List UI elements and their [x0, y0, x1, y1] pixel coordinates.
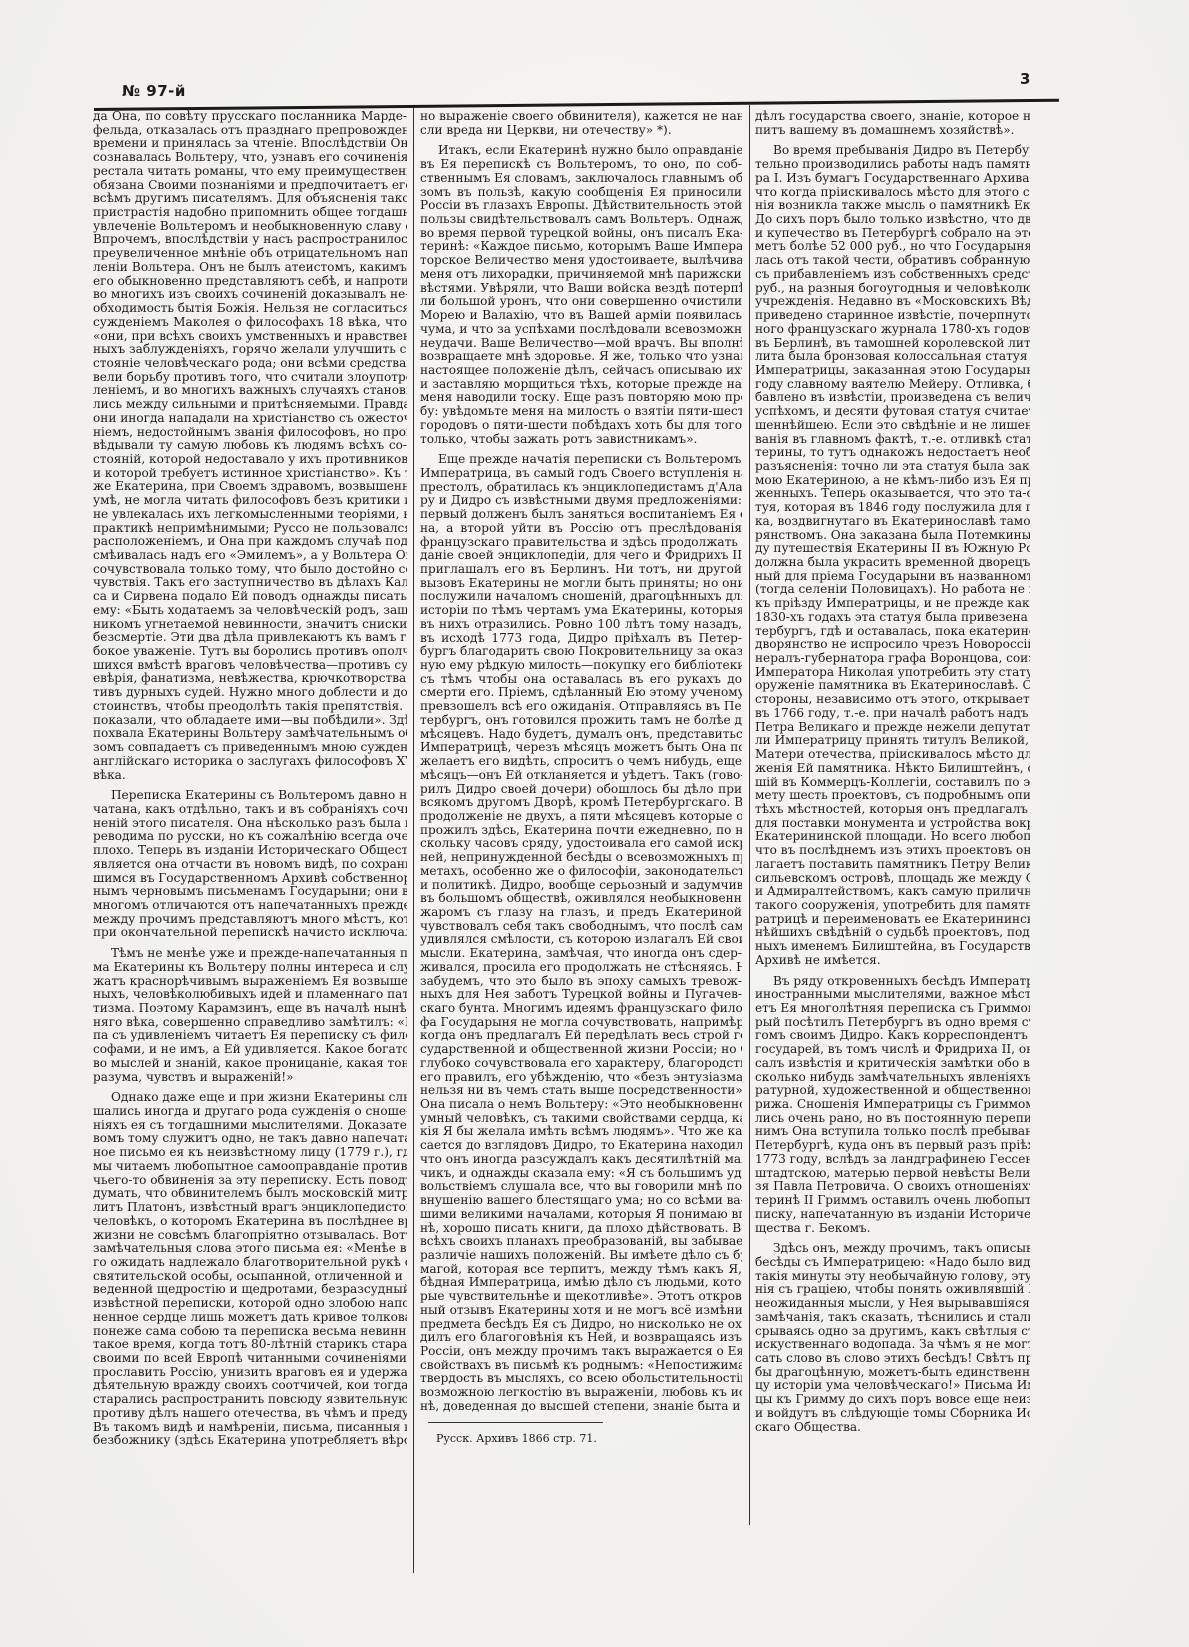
text-line: удивлялся смѣлости, съ которою излагалъ …	[420, 933, 742, 947]
text-line: своими по всей Европѣ читанными сочинені…	[93, 1352, 407, 1366]
text-line: зя Павла Петровича. О своихъ отношеніяхъ…	[755, 1180, 1030, 1194]
text-line: ное письмо ея къ неизвѣстному лицу (1779…	[93, 1146, 407, 1160]
text-line: Екатерининской площади. Но всего любопыт…	[755, 830, 1030, 844]
text-line: оруженіе памятника въ Екатеринославѣ. Съ…	[755, 679, 1030, 693]
text-line: бѣдная Императрица, имѣю дѣло съ людьми,…	[420, 1276, 742, 1290]
paragraph: Еще прежде начатія переписки съ Вольтеро…	[420, 453, 742, 1413]
article-column-1: да Она, по совѣту прусскаго посланника М…	[93, 110, 407, 1448]
paragraph-gap	[755, 1235, 1030, 1242]
text-line: ніяхъ ея съ тогдашними мыслителями. Дока…	[93, 1119, 407, 1133]
text-line: и Адмиралтействомъ, какъ самую приличную…	[755, 885, 1030, 899]
text-line: да Она, по совѣту прусскаго посланника М…	[93, 110, 407, 124]
text-line: разума, чувствъ и выраженій!»	[93, 1071, 407, 1085]
text-line: въ исходѣ 1773 года, Дидро пріѣхалъ въ П…	[420, 632, 742, 646]
text-line: бавлено въ извѣстіи, произведена съ вели…	[755, 391, 1030, 405]
text-line: чувствія. Такъ его заступничество въ дѣл…	[93, 576, 407, 590]
text-line: плохо. Теперь въ изданіи Историческаго О…	[93, 844, 407, 858]
text-line: ныхъ заблужденіяхъ, горячо желали улучши…	[93, 343, 407, 357]
text-line: расположеніемъ, и Она при каждомъ случаѣ…	[93, 535, 407, 549]
text-line: дворянство не испросило чрезъ Новороссій…	[755, 638, 1030, 652]
text-line: софами, и не имъ, а Ей удивляется. Какое…	[93, 1043, 407, 1057]
text-line: салъ извѣстія и критическія замѣтки обо …	[755, 1057, 1030, 1071]
text-line: вольствіемъ слушала все, что вы говорили…	[420, 1180, 742, 1194]
text-line: ный для пріема Государыни въ названномъ …	[755, 570, 1030, 584]
text-line: государей, въ томъ числѣ и Фридриха II, …	[755, 1043, 1030, 1057]
text-line: замѣчательныя слова этого письма ея: «Ме…	[93, 1242, 407, 1256]
text-line: вели борьбу противъ того, что считали зл…	[93, 371, 407, 385]
text-line: скаго Общества.	[755, 1421, 1030, 1435]
text-line: похвала Екатерины Вольтеру замѣчательным…	[93, 727, 407, 741]
text-line: смѣивалась надъ его «Эмилемъ», а у Вольт…	[93, 549, 407, 563]
text-line: шимся въ Государственномъ Архивѣ собстве…	[93, 872, 407, 886]
paragraph-gap	[420, 446, 742, 453]
text-line: веденной щедростію и щедротами, безразсу…	[93, 1283, 407, 1297]
text-line: умѣ, не могла читать философовъ безъ кри…	[93, 494, 407, 508]
text-line: во многихъ изъ своихъ сочиненій доказыва…	[93, 288, 407, 302]
text-line: всѣмъ другимъ писателямъ. Для объясненія…	[93, 192, 407, 206]
text-line: терины, то тутъ однакожъ недостаетъ необ…	[755, 446, 1030, 460]
article-column-3: дѣлъ государства своего, знаніе, которое…	[755, 110, 1030, 1434]
text-line: возвращаете мнѣ здоровье. Я же, только ч…	[420, 350, 742, 364]
text-line: «они, при всѣхъ своихъ умственныхъ и нра…	[93, 330, 407, 344]
text-line: Однако даже еще и при жизни Екатерины сл…	[93, 1091, 407, 1105]
text-line: что когда пріискивалось мѣсто для этого …	[755, 186, 1030, 200]
text-line: послужили началомъ сношеній, драгоцѣнных…	[420, 590, 742, 604]
paragraph-gap	[755, 137, 1030, 144]
text-line: мѣсяцевъ. Надо будетъ, думалъ онъ, предс…	[420, 728, 742, 742]
column-divider	[413, 108, 414, 1573]
text-line: сочувствовала только тому, что было дост…	[93, 563, 407, 577]
text-line: даніе своей энциклопедіи, для чего и Фри…	[420, 549, 742, 563]
text-line: пользы свидѣтельствовалъ самъ Вольтеръ. …	[420, 213, 742, 227]
text-line: чума, и что за успѣхами послѣдовали всев…	[420, 323, 742, 337]
text-line: различіе нашихъ положеній. Вы имѣете дѣл…	[420, 1249, 742, 1263]
text-line: Россіи въ глазахъ Европы. Дѣйствительнос…	[420, 199, 742, 213]
text-line: рестала читать романы, что ему преимущес…	[93, 165, 407, 179]
text-line: показали, что обладаете ими—вы побѣдили»…	[93, 714, 407, 728]
text-line: цы къ Гримму до сихъ поръ вовсе еще неиз…	[755, 1393, 1030, 1407]
text-line: срываясь одно за другимъ, какъ свѣтлыя с…	[755, 1325, 1030, 1339]
text-line: сознавалась Вольтеру, что, узнавъ его со…	[93, 151, 407, 165]
text-line: ма Екатерины къ Вольтеру полны интереса …	[93, 961, 407, 975]
text-line: но выраженіе своего обвинителя), кажется…	[420, 110, 742, 124]
text-line: леніемъ, и во многихъ важныхъ случаяхъ с…	[93, 384, 407, 398]
text-line: тѣхъ мѣстностей, которыя онъ предлагалъ …	[755, 803, 1030, 817]
text-line: теринѣ II Гриммъ оставилъ очень любопытн…	[755, 1194, 1030, 1208]
text-line: лагаетъ поставить памятникъ Петру Велико…	[755, 858, 1030, 872]
text-line: такія минуты эту необычайную голову, эту…	[755, 1270, 1030, 1284]
text-line: Въ такомъ видѣ и намѣреніи, письма, писа…	[93, 1421, 407, 1435]
text-line: нія съ граціею, чтобы понять оживлявшій …	[755, 1283, 1030, 1297]
text-line: леніи Вольтера. Онъ не былъ атеистомъ, к…	[93, 261, 407, 275]
text-line: Тѣмъ не менѣе уже и прежде-напечатанныя …	[93, 947, 407, 961]
text-line: меня наводили тоску. Еще разъ повторяю м…	[420, 391, 742, 405]
text-line: превзошелъ всѣ его ожиданія. Отправляясь…	[420, 700, 742, 714]
text-line: ный отзывъ Екатерины хотя и не могъ всё …	[420, 1304, 742, 1318]
text-line: ка, воздвигнутаго въ Екатеринославѣ тамо…	[755, 515, 1030, 529]
paragraph-gap	[420, 137, 742, 144]
paragraph: Тѣмъ не менѣе уже и прежде-напечатанныя …	[93, 947, 407, 1084]
text-line: нѣ, доведенная до высшей степени, знаніе…	[420, 1400, 742, 1414]
text-line: шались иногда и другаго рода сужденія о …	[93, 1105, 407, 1119]
text-line: понеже сама собою та переписка весьма не…	[93, 1325, 407, 1339]
text-line: святительской особы, осыпанной, отличенн…	[93, 1270, 407, 1284]
text-line: ного французскаго журнала 1780-хъ годовъ…	[755, 323, 1030, 337]
text-line: кія Я бы желала имѣть всѣмъ людямъ». Что…	[420, 1125, 742, 1139]
paragraph: Здѣсь онъ, между прочимъ, такъ описывает…	[755, 1242, 1030, 1434]
text-line: дѣятельную вражду своихъ соотчичей, кои …	[93, 1379, 407, 1393]
text-line: безбожнику (здѣсь Екатерина употребляетъ…	[93, 1434, 407, 1448]
text-line: и политикѣ. Дидро, вообще серьозный и за…	[420, 879, 742, 893]
text-line: думать, что обвинителемъ былъ московскій…	[93, 1187, 407, 1201]
text-line: ра I. Изъ бумагъ Государственнаго Архива…	[755, 172, 1030, 186]
text-line: Петра Великаго и прежде нежели депутаты …	[755, 721, 1030, 735]
text-line: между прочимъ представляютъ много мѣстъ,…	[93, 913, 407, 927]
text-line: приглашалъ его въ Берлинъ. Ни тотъ, ни д…	[420, 563, 742, 577]
text-line: руб., на разныя богоугодныя и человѣколю…	[755, 282, 1030, 296]
text-line: они иногда нападали на христіанство съ о…	[93, 412, 407, 426]
text-line: учрежденія. Недавно въ «Московскихъ Вѣдо…	[755, 295, 1030, 309]
text-line: мѣсяцъ—онъ Ей откланяется и уѣдетъ. Такъ…	[420, 769, 742, 783]
paragraph: Во время пребыванія Дидро въ Петербургѣ …	[755, 144, 1030, 967]
text-line: гомъ своимъ Дидро. Какъ корреспондентъ м…	[755, 1029, 1030, 1043]
text-line: Во время пребыванія Дидро въ Петербургѣ …	[755, 144, 1030, 158]
text-line: метахъ, особенно же о философіи, законод…	[420, 865, 742, 879]
text-line: Итакъ, если Екатеринѣ нужно было оправда…	[420, 144, 742, 158]
text-line: магой, которая все терпитъ, между тѣмъ к…	[420, 1263, 742, 1277]
text-line: шій въ Коммерцъ-Коллегіи, составилъ по э…	[755, 776, 1030, 790]
text-line: сударственной и общественной жизни Россі…	[420, 1043, 742, 1057]
text-line: къ пріѣзду Императрицы, и не прежде какъ…	[755, 597, 1030, 611]
text-line: нѣ, хорошо писать книги, да плохо дѣйств…	[420, 1222, 742, 1236]
text-line: зомъ совпадаетъ съ приведеннымъ мною суж…	[93, 741, 407, 755]
text-line: Императрицы, заказанная этою Государынею…	[755, 364, 1030, 378]
text-line: году славному ваятелю Мейеру. Отливка, б…	[755, 378, 1030, 392]
text-line: дѣлъ государства своего, знаніе, которое…	[755, 110, 1030, 124]
text-line: въ нихъ отразились. Ровно 100 лѣтъ тому …	[420, 618, 742, 632]
text-line: должна была украсить временной дворецъ, …	[755, 556, 1030, 570]
text-line: обязана Своими познаніями и предпочитает…	[93, 179, 407, 193]
text-line: ныхъ именемъ Билиштейна, въ Государствен…	[755, 940, 1030, 954]
text-line: чувствовалъ себя такъ свободнымъ, что по…	[420, 920, 742, 934]
page-number: 3	[1020, 70, 1030, 88]
text-line: писку, напечатанную въ изданіи Историчес…	[755, 1208, 1030, 1222]
text-line: первый долженъ былъ заняться воспитаніем…	[420, 508, 742, 522]
text-line: ніемъ, недостойнымъ званія философовъ, н…	[93, 426, 407, 440]
text-line: глубоко сочувствовала его характеру, бла…	[420, 1057, 742, 1071]
text-line: его правилъ, его убѣжденію, что «безъ эн…	[420, 1071, 742, 1085]
text-line: англійскаго историка о заслугахъ философ…	[93, 755, 407, 769]
text-line: успѣхомъ, и десяти футовая статуя считае…	[755, 405, 1030, 419]
text-line: преувеличенное мнѣніе объ отрицательномъ…	[93, 247, 407, 261]
text-line: Морею и Валахію, что въ Вашей арміи появ…	[420, 309, 742, 323]
text-line: приведено старинное извѣстіе, почерпнуто…	[755, 309, 1030, 323]
text-line: и купечество въ Петербургѣ собрало на эт…	[755, 227, 1030, 241]
footnote: Русск. Архивъ 1866 стр. 71.	[420, 1432, 742, 1446]
text-line: рянствомъ. Она заказана была Потемкинымъ…	[755, 529, 1030, 543]
text-line: бургъ благодарить свою Покровительницу з…	[420, 645, 742, 659]
text-line: же Екатерина, при Своемъ здравомъ, возвы…	[93, 480, 407, 494]
text-line: сильевскомъ островѣ, площадь же между Се…	[755, 872, 1030, 886]
text-line: и войдутъ въ слѣдующіе томы Сборника Ист…	[755, 1407, 1030, 1421]
paragraph-gap	[93, 1084, 407, 1091]
text-line: мысли. Екатерина, замѣчая, что иногда он…	[420, 947, 742, 961]
text-line: лита была бронзовая колоссальная статуя …	[755, 350, 1030, 364]
text-line: рилъ Дидро своей дочери) обошлось бы дѣл…	[420, 783, 742, 797]
text-line: безсмертіе. Эти два дѣла привлекаютъ къ …	[93, 631, 407, 645]
text-line: настоящее положеніе дѣлъ, сейчасъ описыв…	[420, 364, 742, 378]
text-line: ванія въ главномъ фактѣ, т.-е. отливкѣ с…	[755, 433, 1030, 447]
text-line: шихся вмѣстѣ враговъ человѣчества—против…	[93, 659, 407, 673]
text-line: штадтскою, матерью первой невѣсты Велика…	[755, 1167, 1030, 1181]
text-line: противу дѣлъ нашего отечества, въ чѣмъ и…	[93, 1407, 407, 1421]
text-line: увлеченіе Вольтеромъ и необыкновенную сл…	[93, 220, 407, 234]
text-line: сколько нибудь замѣчательныхъ явленіяхъ …	[755, 1071, 1030, 1085]
paragraph-gap	[93, 940, 407, 947]
text-line: бесѣды съ Императрицею: «Надо было видѣт…	[755, 1256, 1030, 1270]
text-line: мету шесть проектовъ, съ подробнымъ опис…	[755, 789, 1030, 803]
text-line: жаромъ съ глазу на глазъ, и предъ Екатер…	[420, 906, 742, 920]
text-line: стороны, независимо отъ этого, открывает…	[755, 693, 1030, 707]
text-line: во мыслей и знаній, какое проницаніе, ка…	[93, 1057, 407, 1071]
text-line: шими великими началами, которыя Я понима…	[420, 1208, 742, 1222]
text-line: не увлекалась ихъ легкомысленными теорія…	[93, 508, 407, 522]
text-line: Она писала о немъ Вольтеру: «Это необыкн…	[420, 1098, 742, 1112]
text-line: Императрицѣ, черезъ мѣсяцъ можетъ быть О…	[420, 741, 742, 755]
text-line: неній этого писателя. Она нѣсколько разъ…	[93, 817, 407, 831]
text-line: нералъ-губернатора графа Воронцова, соиз…	[755, 652, 1030, 666]
text-line: прожилъ здѣсь, Екатерина почти ежедневно…	[420, 824, 742, 838]
text-line: торское Величество меня удостоиваете, вы…	[420, 254, 742, 268]
text-line: въ 1766 году, т.-е. при началѣ работъ на…	[755, 707, 1030, 721]
text-line: Россіи, онъ между прочимъ такъ выражаетс…	[420, 1345, 742, 1359]
text-line: никомъ угнетаемой невинности, значитъ сн…	[93, 618, 407, 632]
text-line: твердость въ мысляхъ, со всею обольстите…	[420, 1372, 742, 1386]
text-line: тербургъ, онъ готовился прожить тамъ не …	[420, 714, 742, 728]
text-line: лись очень рано, но въ постоянную перепи…	[755, 1112, 1030, 1126]
text-line: что онъ иногда разсуждалъ какъ десятилѣт…	[420, 1153, 742, 1167]
text-line: скаго бунта. Многимъ идеямъ французскаго…	[420, 1002, 742, 1016]
text-line: вомъ тому служитъ одно, не такъ давно на…	[93, 1132, 407, 1146]
text-line: всякомъ другомъ Дворѣ, кромѣ Петербургск…	[420, 796, 742, 810]
text-line: всѣхъ своихъ планахъ преобразованій, вы …	[420, 1235, 742, 1249]
text-line: фельда, отказалась отъ празднаго препров…	[93, 124, 407, 138]
text-line: жатъ краснорѣчивымъ выраженіемъ Ея возвы…	[93, 975, 407, 989]
text-line: фа Государыня не могла сочувствовать, на…	[420, 1016, 742, 1030]
text-line: го ожидать надлежало благотворительной р…	[93, 1256, 407, 1270]
text-line: съ прибавленіемъ изъ собственныхъ средст…	[755, 268, 1030, 282]
text-line: живался, просила его продолжать не стѣсн…	[420, 961, 742, 975]
text-line: возможною легкостію въ выраженіи, любовь…	[420, 1386, 742, 1400]
text-line: евѣрія, фанатизма, невѣжества, крючкотво…	[93, 672, 407, 686]
text-line: етъ Ея многолѣтняя переписка съ Гриммомъ…	[755, 1002, 1030, 1016]
paragraph: дѣлъ государства своего, знаніе, которое…	[755, 110, 1030, 137]
text-line: вызовъ Екатерины не могли быть приняты; …	[420, 577, 742, 591]
text-line: бу: увѣдомьте меня на милость о взятіи п…	[420, 405, 742, 419]
issue-number: № 97-й	[122, 82, 186, 100]
text-line: стоинствъ, чтобы преодолѣть такія препят…	[93, 700, 407, 714]
paragraph-gap	[755, 968, 1030, 975]
paragraph: Въ ряду откровенныхъ бесѣдъ Императрицы …	[755, 975, 1030, 1236]
text-line: такое время, когда тотъ 80-лѣтній старик…	[93, 1338, 407, 1352]
text-line: питъ вашему въ домашнемъ хозяйствѣ».	[755, 124, 1030, 138]
text-line: что въ послѣднемъ изъ этихъ проектовъ он…	[755, 844, 1030, 858]
text-line: бокое уваженіе. Тутъ вы боролись противъ…	[93, 645, 407, 659]
text-line: чьего-то обвиненія за эту переписку. Ест…	[93, 1174, 407, 1188]
text-line: предмета бесѣдъ Ея съ Дидро, но нискольк…	[420, 1318, 742, 1332]
text-line: метъ болѣе 52 000 руб., но что Государын…	[755, 240, 1030, 254]
article-column-2: но выраженіе своего обвинителя), кажется…	[420, 110, 742, 1445]
text-line: сли вреда ни Церкви, ни отечеству» *).	[420, 124, 742, 138]
text-line: дилъ его благоговѣнія къ Ней, и возвраща…	[420, 1331, 742, 1345]
text-line: разъясненія: точно ли эта статуя была за…	[755, 460, 1030, 474]
text-line: извѣстной переписки, которой одно злобою…	[93, 1297, 407, 1311]
text-line: ныхъ, человѣколюбивыхъ идей и пламеннаго…	[93, 988, 407, 1002]
text-line: вѣдывали ту самую любовь къ людямъ всѣхъ…	[93, 439, 407, 453]
text-line: забудемъ, что это было въ эпоху самыхъ т…	[420, 975, 742, 989]
text-line: скольку часовъ сряду, удостоивала его са…	[420, 837, 742, 851]
text-line: нымъ черновымъ письменамъ Государыни; он…	[93, 885, 407, 899]
text-line: меня отъ лихорадки, причиняемой мнѣ пари…	[420, 268, 742, 282]
text-line: и заставляю морщиться тѣхъ, которые преж…	[420, 378, 742, 392]
text-line: ней, непринужденной бесѣды о всевозможны…	[420, 851, 742, 865]
text-line: и которой требуетъ истинное христіанство…	[93, 467, 407, 481]
text-line: ли Императрицу принять титулъ Великой, М…	[755, 734, 1030, 748]
text-line: вѣстями. Увѣряли, что Ваши войска вездѣ …	[420, 282, 742, 296]
paragraph: Переписка Екатерины съ Вольтеромъ давно …	[93, 789, 407, 940]
text-line: ственнымъ Ея словамъ, заключалось главны…	[420, 172, 742, 186]
text-line: цу исторіи ума человѣческаго!» Письма Им…	[755, 1379, 1030, 1393]
text-line: когда онъ предлагалъ Ей передѣлать весь …	[420, 1029, 742, 1043]
text-line: свойствахъ въ письмѣ къ роднымъ: «Непост…	[420, 1359, 742, 1373]
text-line: искуственнаго водопада. За чѣмъ я не мог…	[755, 1338, 1030, 1352]
text-line: До сихъ поръ было только извѣстно, что д…	[755, 213, 1030, 227]
text-line: па съ удивленіемъ читаетъ Ея переписку с…	[93, 1029, 407, 1043]
text-line: мою Екатериною, а не кѣмъ-либо изъ Ея пр…	[755, 474, 1030, 488]
text-line: ратрицѣ и переименовать ее Екатерининско…	[755, 913, 1030, 927]
paragraph: Однако даже еще и при жизни Екатерины сл…	[93, 1091, 407, 1448]
text-line: лась отъ такой чести, обративъ собранную…	[755, 254, 1030, 268]
text-line: бы драгоцѣнную, можетъ-быть единственную…	[755, 1366, 1030, 1380]
text-line: литъ Платонъ, извѣстный врагъ энциклопед…	[93, 1201, 407, 1215]
text-line: ему: «Быть ходатаемъ за человѣческій род…	[93, 604, 407, 618]
text-line: человѣкъ, о которомъ Екатерина въ послѣд…	[93, 1215, 407, 1229]
text-line: Архивѣ не имѣется.	[755, 954, 1030, 968]
text-line: ли большой уронъ, что они совершенно очи…	[420, 295, 742, 309]
text-line: Здѣсь онъ, между прочимъ, такъ описывает…	[755, 1242, 1030, 1256]
text-line: нельзя ни въ чемъ стать выше посредствен…	[420, 1084, 742, 1098]
text-line: для поставки монумента и устройства вокр…	[755, 817, 1030, 831]
text-line: рый посѣтилъ Петербургъ въ одно время съ…	[755, 1016, 1030, 1030]
text-line: стояній, которой недоставало у ихъ проти…	[93, 453, 407, 467]
text-line: нія возникла также мысль о памятникѣ Ека…	[755, 199, 1030, 213]
text-line: обходимость бытія Божія. Нельзя не согла…	[93, 302, 407, 316]
text-line: чатана, какъ отдѣльно, такъ и въ собрані…	[93, 803, 407, 817]
text-line: 1773 году, вслѣдъ за ландграфинею Гессен…	[755, 1153, 1030, 1167]
text-line: прославить Россію, унизить враговъ ея и …	[93, 1366, 407, 1380]
text-line: нѣйшихъ свѣдѣній о судьбѣ проектовъ, под…	[755, 926, 1030, 940]
text-line: смерти его. Пріемъ, сдѣланный Ею этому у…	[420, 686, 742, 700]
text-line: французскаго правительства и здѣсь продо…	[420, 536, 742, 550]
text-line: женія Ей памятника. Нѣкто Билиштейнъ, сл…	[755, 762, 1030, 776]
text-line: (тогда селеніи Половицахъ). Но работа не…	[755, 583, 1030, 597]
text-line: во время первой турецкой войны, онъ писа…	[420, 227, 742, 241]
text-line: Императрица, въ самый годъ Своего вступл…	[420, 467, 742, 481]
text-line: городовъ о пяти-шести побѣдахъ хоть бы д…	[420, 419, 742, 433]
text-line: жизни не совсѣмъ благопріятно отзывалась…	[93, 1229, 407, 1243]
text-line: 1830-хъ годахъ эта статуя была привезена…	[755, 611, 1030, 625]
text-line: са и Сирвена подало Ей поводъ однажды пи…	[93, 590, 407, 604]
text-line: на, а второй уйти въ Россію отъ преслѣдо…	[420, 522, 742, 536]
text-line: ду путешествія Екатерины II въ Южную Рос…	[755, 542, 1030, 556]
text-line: шеннѣйшею. Если это свѣдѣніе и не лишено…	[755, 419, 1030, 433]
text-line: при окончательной перепискѣ начисто искл…	[93, 926, 407, 940]
text-line: въ большомъ обществѣ, оживлялся необыкно…	[420, 892, 742, 906]
text-line: въ Берлинѣ, въ тамошней королевской лите…	[755, 337, 1030, 351]
text-line: практикѣ непримѣнимыми; Руссо не пользов…	[93, 522, 407, 536]
text-line: исторіи по тѣмъ чертамъ ума Екатерины, к…	[420, 604, 742, 618]
text-line: престолъ, обратилась къ энциклопедистамъ…	[420, 481, 742, 495]
text-line: въ Ея перепискѣ съ Вольтеромъ, то оно, п…	[420, 158, 742, 172]
text-line: чикъ, и однажды сказала ему: «Я съ больш…	[420, 1167, 742, 1181]
paragraph: но выраженіе своего обвинителя), кажется…	[420, 110, 742, 137]
text-line: Петербургѣ, куда онъ въ первый разъ пріѣ…	[755, 1139, 1030, 1153]
text-line: реводима по русски, но къ сожалѣнію всег…	[93, 830, 407, 844]
paragraph-gap	[93, 782, 407, 789]
text-line: умный человѣкъ, съ такими свойствами сер…	[420, 1112, 742, 1126]
paragraph: да Она, по совѣту прусскаго посланника М…	[93, 110, 407, 782]
text-line: лись между сильными и притѣсняемыми. Пра…	[93, 398, 407, 412]
text-line: сать слово въ слово этихъ бесѣдъ! Свѣтъ …	[755, 1352, 1030, 1366]
text-line: ру и Дидро съ извѣстными двумя предложен…	[420, 494, 742, 508]
text-line: Матери отечества, пріискивалось мѣсто дл…	[755, 748, 1030, 762]
text-line: мы читаемъ любопытное самооправданіе про…	[93, 1160, 407, 1174]
text-line: тельно производились работы надъ памятни…	[755, 158, 1030, 172]
text-line: ныхъ для Нея заботъ Турецкой войны и Пуг…	[420, 988, 742, 1002]
text-line: многомъ отличаются отъ напечатанныхъ пре…	[93, 899, 407, 913]
text-line: неожиданныя мысли, у Нея вырывавшіяся, о…	[755, 1297, 1030, 1311]
text-line: теринѣ: «Каждое письмо, которымъ Ваше Им…	[420, 240, 742, 254]
text-line: щества г. Бекомъ.	[755, 1222, 1030, 1236]
text-line: продолженіе не двухъ, а пяти мѣсяцевъ ко…	[420, 810, 742, 824]
text-line: нимъ Она вступила только послѣ пребывані…	[755, 1125, 1030, 1139]
text-line: Переписка Екатерины съ Вольтеромъ давно …	[93, 789, 407, 803]
text-line: ненное сердце лишь можетъ дать кривое то…	[93, 1311, 407, 1325]
text-line: только, чтобы зажать ротъ завистникамъ».	[420, 433, 742, 447]
text-line: рые чувствительнѣе и щекотливѣе». Этотъ …	[420, 1290, 742, 1304]
text-line: вѣка.	[93, 769, 407, 783]
text-line: его обыкновенно представляютъ себѣ, и на…	[93, 275, 407, 289]
text-line: тивъ дурныхъ судей. Нужно много доблести…	[93, 686, 407, 700]
text-line: неудачи. Ваше Величество—мой врачъ. Вы в…	[420, 337, 742, 351]
newspaper-page: № 97-й 3 да Она, по совѣту прусскаго пос…	[0, 0, 1189, 1647]
text-line: такого сооруженія, употребить для памятн…	[755, 899, 1030, 913]
text-line: старались распространить повсюду язвител…	[93, 1393, 407, 1407]
text-line: тербургъ, гдѣ и оставалась, пока екатери…	[755, 625, 1030, 639]
text-line: Впрочемъ, впослѣдствіи у насъ распростра…	[93, 233, 407, 247]
text-line: тизма. Поэтому Карамзинъ, еще въ началѣ …	[93, 1002, 407, 1016]
text-line: Еще прежде начатія переписки съ Вольтеро…	[420, 453, 742, 467]
text-line: ратурной, художественной и общественной …	[755, 1084, 1030, 1098]
text-line: внушенію вашего блестящаго ума; но со вс…	[420, 1194, 742, 1208]
text-line: съ тѣмъ чтобы она оставалась въ его рука…	[420, 673, 742, 687]
text-line: няго вѣка, совершенно справедливо замѣти…	[93, 1016, 407, 1030]
text-line: стояніе человѣческаго рода; они всѣми ср…	[93, 357, 407, 371]
text-line: желаетъ его видѣть, спроситъ о чемъ нибу…	[420, 755, 742, 769]
text-line: является она отчасти въ новомъ видѣ, по …	[93, 858, 407, 872]
text-line: пристрастія надобно припомнить общее тог…	[93, 206, 407, 220]
paragraph: Итакъ, если Екатеринѣ нужно было оправда…	[420, 144, 742, 446]
